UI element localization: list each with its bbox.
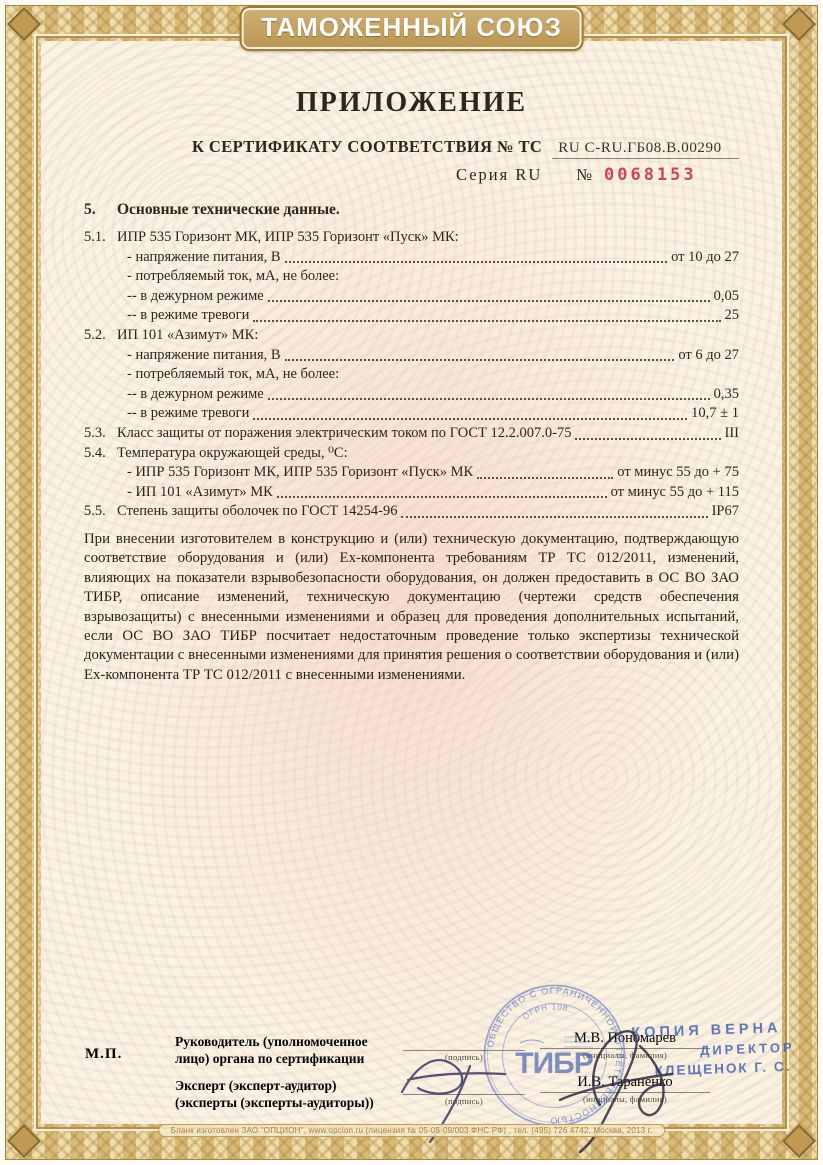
- tech-line-value: от минус 55 до + 115: [611, 483, 739, 503]
- tech-line-label: -- в режиме тревоги: [127, 306, 249, 326]
- dot-leader: [253, 418, 687, 420]
- tech-line: -- в режиме тревоги10,7 ± 1: [127, 404, 739, 424]
- tech-line-number: 5.1.: [84, 228, 117, 248]
- tech-line-label: ИП 101 «Азимут» МК:: [117, 326, 258, 346]
- tech-line-number: 5.4.: [84, 444, 117, 464]
- signature-role-label: Руководитель (уполномоченноелицо) органа…: [175, 1034, 415, 1067]
- certificate-number: RU C-RU.ГБ08.В.00290: [552, 140, 739, 159]
- tech-line: 5.5.Степень защиты оболочек по ГОСТ 1425…: [84, 502, 739, 522]
- section-heading: 5. Основные технические данные.: [84, 201, 739, 219]
- page-title: ПРИЛОЖЕНИЕ: [84, 87, 739, 119]
- tech-line: - потребляемый ток, мА, не более:: [127, 365, 739, 385]
- tech-line-label: - напряжение питания, В: [127, 346, 281, 366]
- conditions-paragraph: При внесении изготовителем в конструкцию…: [84, 530, 739, 685]
- dot-leader: [401, 516, 707, 518]
- tech-line-value: IP67: [712, 502, 739, 522]
- section-number: 5.: [84, 201, 117, 219]
- signature-caption: (подпись): [403, 1096, 525, 1106]
- blank-imprint: Бланк изготовлен ЗАО "ОПЦИОН", www.opcio…: [158, 1124, 666, 1137]
- tech-line: - потребляемый ток, мА, не более:: [127, 267, 739, 287]
- tech-line-label: -- в дежурном режиме: [127, 385, 264, 405]
- tech-line: 5.2.ИП 101 «Азимут» МК:: [84, 326, 739, 346]
- series-label: Серия RU: [456, 165, 542, 185]
- tech-line-number: 5.3.: [84, 424, 117, 444]
- tech-line-label: -- в дежурном режиме: [127, 287, 264, 307]
- section-title: Основные технические данные.: [117, 201, 340, 219]
- signatory-name-field: И.В. Тараненко(инициалы, фамилия): [540, 1074, 710, 1104]
- tech-line-label: - ИП 101 «Азимут» МК: [127, 483, 273, 503]
- tech-line-label: - ИПР 535 Горизонт МК, ИПР 535 Горизонт …: [127, 463, 473, 483]
- dot-leader: [575, 438, 720, 440]
- certificate-page: ТАМОЖЕННЫЙ СОЮЗ ПРИЛОЖЕНИЕ К СЕРТИФИКАТУ…: [0, 0, 823, 1165]
- banner-title: ТАМОЖЕННЫЙ СОЮЗ: [261, 12, 562, 43]
- tech-line-label: -- в режиме тревоги: [127, 404, 249, 424]
- signature-line: [403, 1080, 525, 1095]
- tech-line-number: 5.5.: [84, 502, 117, 522]
- stamp-place-mark: М.П.: [85, 1046, 122, 1063]
- dot-leader: [285, 359, 675, 361]
- tech-line: -- в дежурном режиме0,35: [127, 385, 739, 405]
- tech-line: 5.3.Класс защиты от поражения электричес…: [84, 424, 739, 444]
- dot-leader: [268, 300, 710, 302]
- tech-line-value: от минус 55 до + 75: [617, 463, 739, 483]
- tech-line-value: 0,35: [714, 385, 739, 405]
- series-row: Серия RU № 0068153: [456, 165, 739, 185]
- tech-line-label: - потребляемый ток, мА, не более:: [127, 365, 339, 385]
- tech-line-value: 10,7 ± 1: [691, 404, 739, 424]
- tech-line-label: Степень защиты оболочек по ГОСТ 14254-96: [117, 502, 397, 522]
- tech-line: - напряжение питания, Вот 10 до 27: [127, 248, 739, 268]
- tech-line: -- в режиме тревоги25: [127, 306, 739, 326]
- signatory-name-caption: (инициалы, фамилия): [540, 1094, 710, 1104]
- signature-role-label: Эксперт (эксперт-аудитор)(эксперты (эксп…: [175, 1078, 415, 1111]
- signature-line: [403, 1036, 525, 1051]
- paper-area: ПРИЛОЖЕНИЕ К СЕРТИФИКАТУ СООТВЕТСТВИЯ № …: [41, 41, 782, 1124]
- serial-number: 0068153: [604, 165, 697, 185]
- dot-leader: [268, 398, 710, 400]
- tech-line-value: от 6 до 27: [678, 346, 739, 366]
- tech-line-value: 25: [725, 306, 740, 326]
- certificate-subtitle-row: К СЕРТИФИКАТУ СООТВЕТСТВИЯ № ТС RU C-RU.…: [192, 137, 739, 159]
- tech-line: -- в дежурном режиме0,05: [127, 287, 739, 307]
- signatory-name: М.В. Пономарев: [540, 1030, 710, 1049]
- customs-union-banner: ТАМОЖЕННЫЙ СОЮЗ: [239, 6, 584, 51]
- signature-field: (подпись): [403, 1036, 525, 1062]
- signature-caption: (подпись): [403, 1052, 525, 1062]
- number-sign: №: [576, 165, 592, 185]
- tech-line-label: - потребляемый ток, мА, не более:: [127, 267, 339, 287]
- tech-line-label: - напряжение питания, В: [127, 248, 281, 268]
- dot-leader: [477, 477, 613, 479]
- tech-line-value: III: [725, 424, 740, 444]
- tech-line: 5.1.ИПР 535 Горизонт МК, ИПР 535 Горизон…: [84, 228, 739, 248]
- certificate-subtitle: К СЕРТИФИКАТУ СООТВЕТСТВИЯ № ТС: [192, 137, 542, 157]
- tech-line-number: 5.2.: [84, 326, 117, 346]
- tech-line-value: от 10 до 27: [671, 248, 739, 268]
- dot-leader: [277, 496, 607, 498]
- signatory-name-field: М.В. Пономарев(инициалы, фамилия): [540, 1030, 710, 1060]
- dot-leader: [253, 320, 720, 322]
- signature-field: (подпись): [403, 1080, 525, 1106]
- tech-line-label: Класс защиты от поражения электрическим …: [117, 424, 571, 444]
- tech-line: 5.4.Температура окружающей среды, ⁰С:: [84, 444, 739, 464]
- tech-line-value: 0,05: [714, 287, 739, 307]
- tech-line: - ИП 101 «Азимут» МКот минус 55 до + 115: [127, 483, 739, 503]
- signature-block: М.П. Руководитель (уполномоченноелицо) о…: [85, 1026, 745, 1126]
- tech-line: - напряжение питания, Вот 6 до 27: [127, 346, 739, 366]
- tech-line: - ИПР 535 Горизонт МК, ИПР 535 Горизонт …: [127, 463, 739, 483]
- signatory-name: И.В. Тараненко: [540, 1074, 710, 1093]
- dot-leader: [285, 261, 668, 263]
- tech-line-label: Температура окружающей среды, ⁰С:: [117, 444, 348, 464]
- technical-data-list: 5.1.ИПР 535 Горизонт МК, ИПР 535 Горизон…: [84, 228, 739, 522]
- signatory-name-caption: (инициалы, фамилия): [540, 1050, 710, 1060]
- tech-line-label: ИПР 535 Горизонт МК, ИПР 535 Горизонт «П…: [117, 228, 459, 248]
